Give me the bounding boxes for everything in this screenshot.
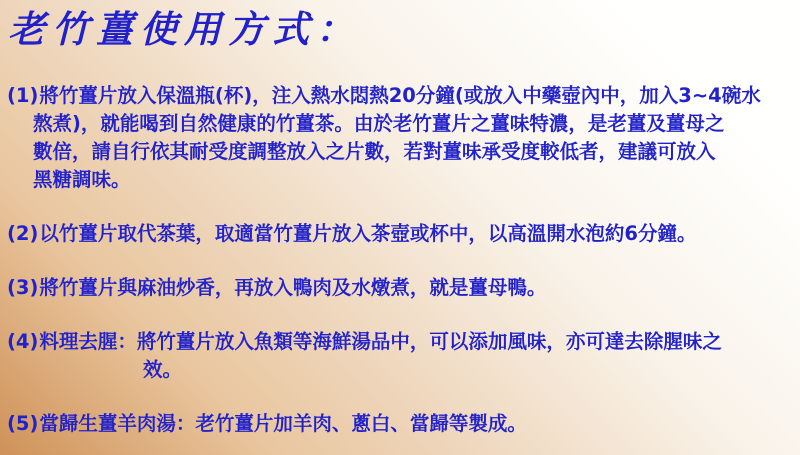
item-2-line-1: (2)以竹薑片取代茶葉，取適當竹薑片放入茶壺或杯中，以高溫開水泡約6分鐘。 [7, 220, 800, 248]
item-5-text: 當歸生薑羊肉湯：老竹薑片加羊肉、蔥白、當歸等製成。 [39, 412, 527, 435]
item-3-line-1: (3)將竹薑片與麻油炒香，再放入鴨肉及水燉煮，就是薑母鴨。 [7, 274, 800, 302]
item-1-line-3: 數倍，請自行依其耐受度調整放入之片數，若對薑味承受度較低者，建議可放入 [7, 138, 800, 166]
slide-title: 老竹薑使用方式： [8, 4, 800, 54]
slide: 老竹薑使用方式： (1)將竹薑片放入保溫瓶(杯)，注入熱水悶熱20分鐘(或放入中… [0, 0, 800, 455]
item-1-line-4: 黑糖調味。 [7, 166, 800, 194]
item-4-number: (4) [7, 330, 39, 353]
item-5-line-1: (5)當歸生薑羊肉湯：老竹薑片加羊肉、蔥白、當歸等製成。 [7, 410, 800, 438]
item-4-line-1: (4)料理去腥：將竹薑片放入魚類等海鮮湯品中，可以添加風味，亦可達去除腥味之 [7, 328, 800, 356]
list-item-4: (4)料理去腥：將竹薑片放入魚類等海鮮湯品中，可以添加風味，亦可達去除腥味之 效… [7, 328, 800, 384]
item-2-number: (2) [7, 222, 39, 245]
item-1-line-2: 熬煮)，就能喝到自然健康的竹薑茶。由於老竹薑片之薑味特濃，是老薑及薑母之 [7, 110, 800, 138]
list-item-2: (2)以竹薑片取代茶葉，取適當竹薑片放入茶壺或杯中，以高溫開水泡約6分鐘。 [7, 220, 800, 248]
list-item-5: (5)當歸生薑羊肉湯：老竹薑片加羊肉、蔥白、當歸等製成。 [7, 410, 800, 438]
item-2-text: 以竹薑片取代茶葉，取適當竹薑片放入茶壺或杯中，以高溫開水泡約6分鐘。 [39, 222, 696, 245]
item-1-line-1: (1)將竹薑片放入保溫瓶(杯)，注入熱水悶熱20分鐘(或放入中藥壺內中，加入3~… [7, 82, 800, 110]
usage-list: (1)將竹薑片放入保溫瓶(杯)，注入熱水悶熱20分鐘(或放入中藥壺內中，加入3~… [0, 82, 800, 438]
item-4-line-2: 效。 [7, 356, 800, 384]
list-item-3: (3)將竹薑片與麻油炒香，再放入鴨肉及水燉煮，就是薑母鴨。 [7, 274, 800, 302]
list-item-1: (1)將竹薑片放入保溫瓶(杯)，注入熱水悶熱20分鐘(或放入中藥壺內中，加入3~… [7, 82, 800, 194]
item-1-text: 將竹薑片放入保溫瓶(杯)，注入熱水悶熱20分鐘(或放入中藥壺內中，加入3~4碗水 [39, 84, 760, 107]
item-3-text: 將竹薑片與麻油炒香，再放入鴨肉及水燉煮，就是薑母鴨。 [39, 276, 546, 299]
item-4-text: 料理去腥：將竹薑片放入魚類等海鮮湯品中，可以添加風味，亦可達去除腥味之 [39, 330, 722, 353]
item-3-number: (3) [7, 276, 39, 299]
item-5-number: (5) [7, 412, 39, 435]
item-1-number: (1) [7, 84, 39, 107]
